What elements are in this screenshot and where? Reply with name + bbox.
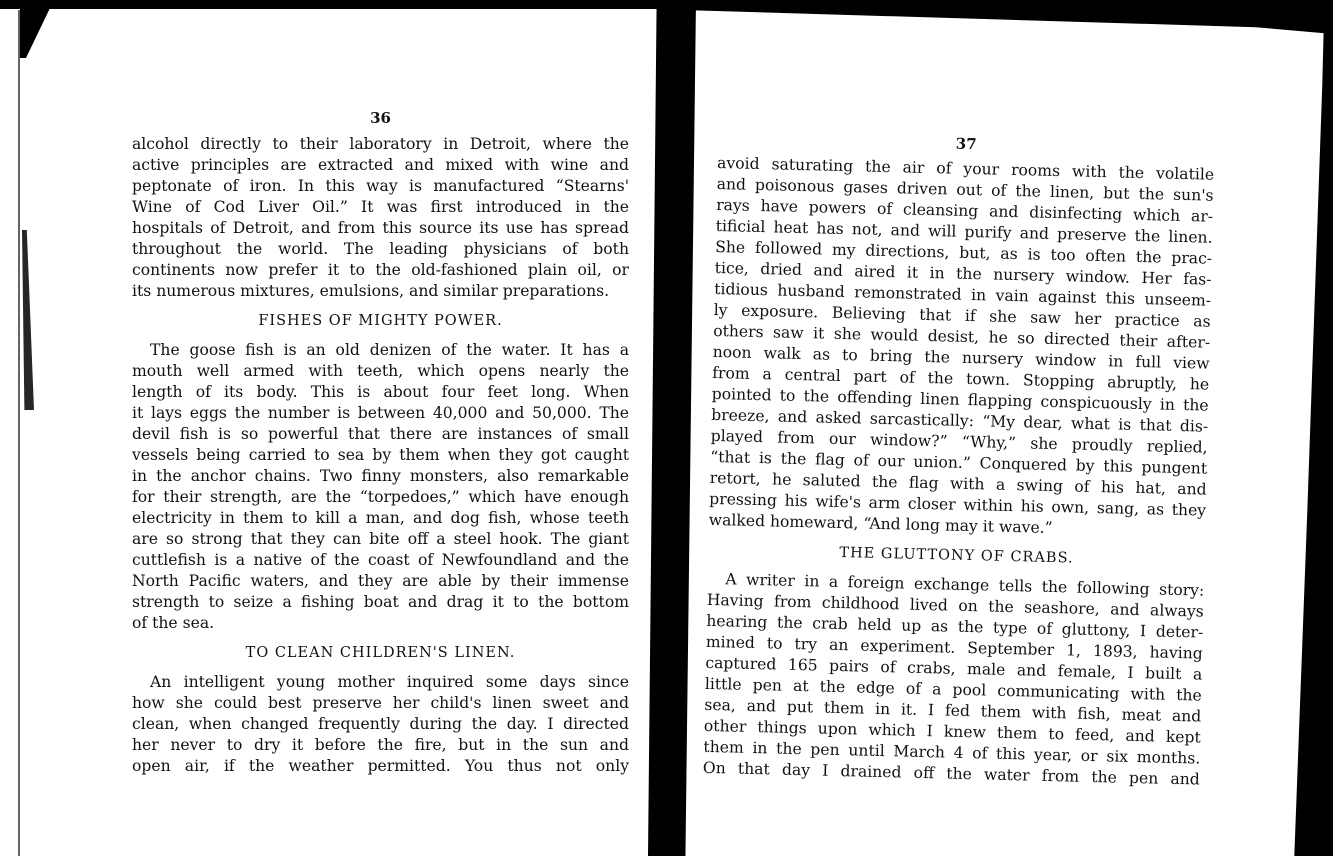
right-page-edge xyxy=(1290,0,1333,856)
section-heading: TO CLEAN CHILDREN'S LINEN. xyxy=(132,643,629,664)
text-line: continents now prefer it to the old-fash… xyxy=(132,260,629,281)
text-line: Wine of Cod Liver Oil.” It was first int… xyxy=(132,197,629,218)
text-line: vessels being carried to sea by them whe… xyxy=(132,445,629,466)
text-line: clean, when changed frequently during th… xyxy=(132,714,629,735)
text-line: The goose fish is an old denizen of the … xyxy=(132,340,629,361)
page-body: avoid saturating the air of your rooms w… xyxy=(703,153,1215,791)
text-line: An intelligent young mother inquired som… xyxy=(132,672,629,693)
text-line: electricity in them to kill a man, and d… xyxy=(132,508,629,529)
text-line: alcohol directly to their laboratory in … xyxy=(132,134,629,155)
page-body: alcohol directly to their laboratory in … xyxy=(132,134,629,777)
text-line: North Pacific waters, and they are able … xyxy=(132,571,629,592)
text-line: for their strength, are the “torpedoes,”… xyxy=(132,487,629,508)
text-line: open air, if the weather permitted. You … xyxy=(132,756,629,777)
text-line: devil fish is so powerful that there are… xyxy=(132,424,629,445)
text-line: her never to dry it before the fire, but… xyxy=(132,735,629,756)
text-line: throughout the world. The leading physic… xyxy=(132,239,629,260)
section-heading: FISHES OF MIGHTY POWER. xyxy=(132,311,629,332)
section-heading: THE GLUTTONY OF CRABS. xyxy=(708,540,1205,573)
text-line: peptonate of iron. In this way is manufa… xyxy=(132,176,629,197)
page-number: 36 xyxy=(132,108,629,129)
scan-top-shadow xyxy=(690,0,1333,34)
right-page: 37 avoid saturating the air of your room… xyxy=(703,128,1215,791)
text-line: of the sea. xyxy=(132,613,629,634)
text-line: its numerous mixtures, emulsions, and si… xyxy=(132,281,629,302)
text-line: strength to seize a fishing boat and dra… xyxy=(132,592,629,613)
left-margin-shadow xyxy=(22,230,34,410)
text-line: cuttlefish is a native of the coast of N… xyxy=(132,550,629,571)
left-corner-shadow xyxy=(20,8,50,58)
book-gutter xyxy=(648,0,696,856)
text-line: mouth well armed with teeth, which opens… xyxy=(132,361,629,382)
text-line: length of its body. This is about four f… xyxy=(132,382,629,403)
left-page-edge xyxy=(18,10,20,856)
text-line: hospitals of Detroit, and from this sour… xyxy=(132,218,629,239)
text-line: active principles are extracted and mixe… xyxy=(132,155,629,176)
text-line: are so strong that they can bite off a s… xyxy=(132,529,629,550)
left-page: 36 alcohol directly to their laboratory … xyxy=(132,108,629,777)
text-line: in the anchor chains. Two finny monsters… xyxy=(132,466,629,487)
text-line: it lays eggs the number is between 40,00… xyxy=(132,403,629,424)
text-line: how she could best preserve her child's … xyxy=(132,693,629,714)
